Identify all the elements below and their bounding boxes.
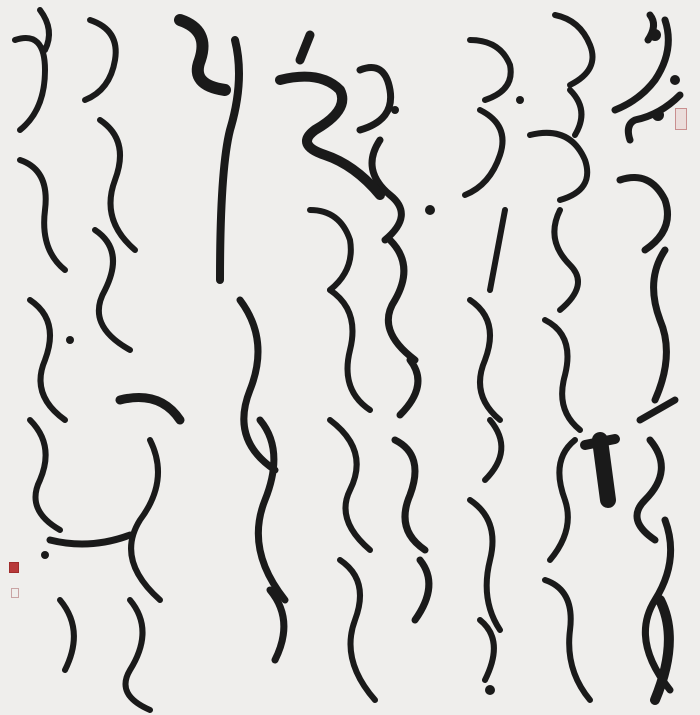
calligraphy-strokes xyxy=(0,0,700,715)
column-1 xyxy=(615,15,680,700)
column-4 xyxy=(360,68,429,621)
seal-upper-right xyxy=(675,108,687,130)
column-2 xyxy=(530,15,593,700)
seal-lower-left-red xyxy=(9,562,19,573)
seal-lower-left-pale xyxy=(11,588,19,598)
column-5 xyxy=(310,210,375,700)
column-6 xyxy=(180,20,285,660)
column-3 xyxy=(465,40,511,680)
column-7 xyxy=(85,20,180,710)
